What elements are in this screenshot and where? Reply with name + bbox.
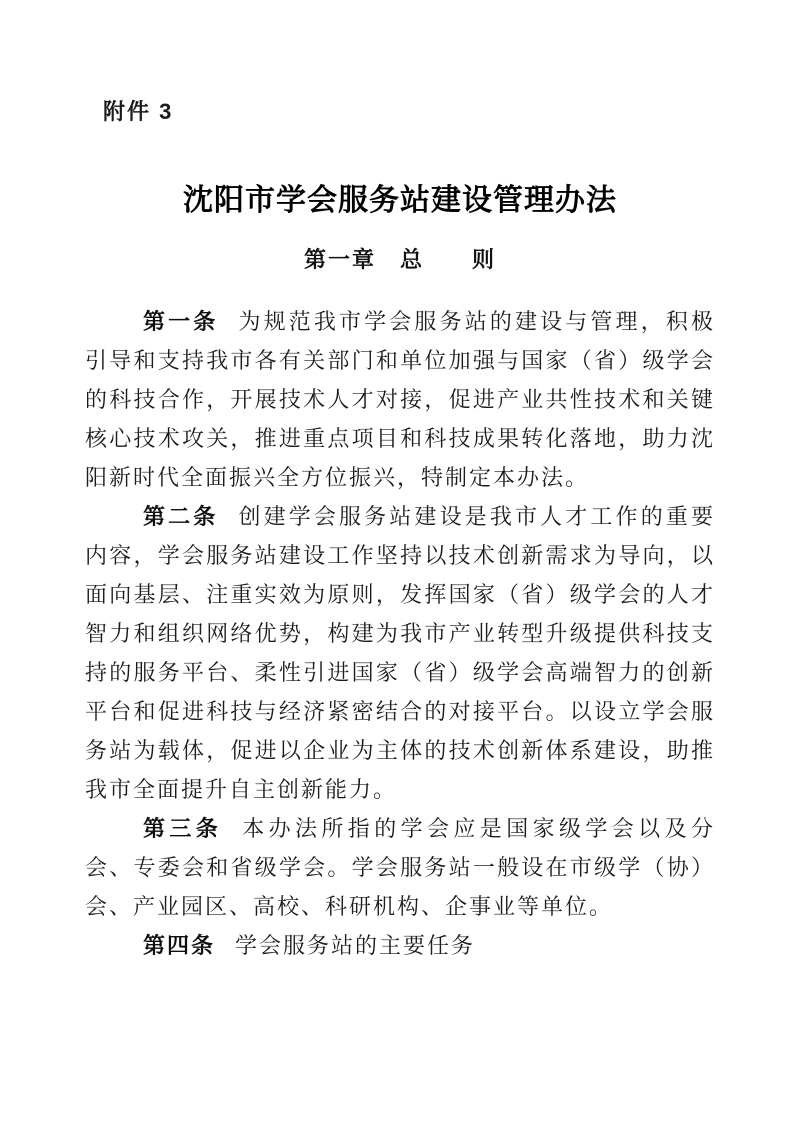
article-paragraph-4: 第四条学会服务站的主要任务 [85, 926, 715, 965]
article-1-text: 为规范我市学会服务站的建设与管理，积极引导和支持我市各有关部门和单位加强与国家（… [85, 309, 715, 490]
article-3-label: 第三条 [143, 816, 222, 841]
article-2-text: 创建学会服务站建设是我市人才工作的重要内容，学会服务站建设工作坚持以技术创新需求… [85, 504, 715, 802]
attachment-label: 附件 3 [103, 98, 715, 126]
document-body: 第一条为规范我市学会服务站的建设与管理，积极引导和支持我市各有关部门和单位加强与… [85, 302, 715, 965]
article-paragraph-3: 第三条本办法所指的学会应是国家级学会以及分会、专委会和省级学会。学会服务站一般设… [85, 809, 715, 926]
document-page: 附件 3 沈阳市学会服务站建设管理办法 第一章 总 则 第一条为规范我市学会服务… [0, 0, 800, 1132]
chapter-heading: 第一章 总 则 [85, 244, 715, 276]
article-paragraph-1: 第一条为规范我市学会服务站的建设与管理，积极引导和支持我市各有关部门和单位加强与… [85, 302, 715, 497]
document-title: 沈阳市学会服务站建设管理办法 [85, 180, 715, 222]
article-2-label: 第二条 [143, 504, 218, 529]
article-4-label: 第四条 [143, 933, 215, 958]
article-paragraph-2: 第二条创建学会服务站建设是我市人才工作的重要内容，学会服务站建设工作坚持以技术创… [85, 497, 715, 809]
article-4-text: 学会服务站的主要任务 [235, 933, 475, 958]
article-1-label: 第一条 [143, 309, 218, 334]
